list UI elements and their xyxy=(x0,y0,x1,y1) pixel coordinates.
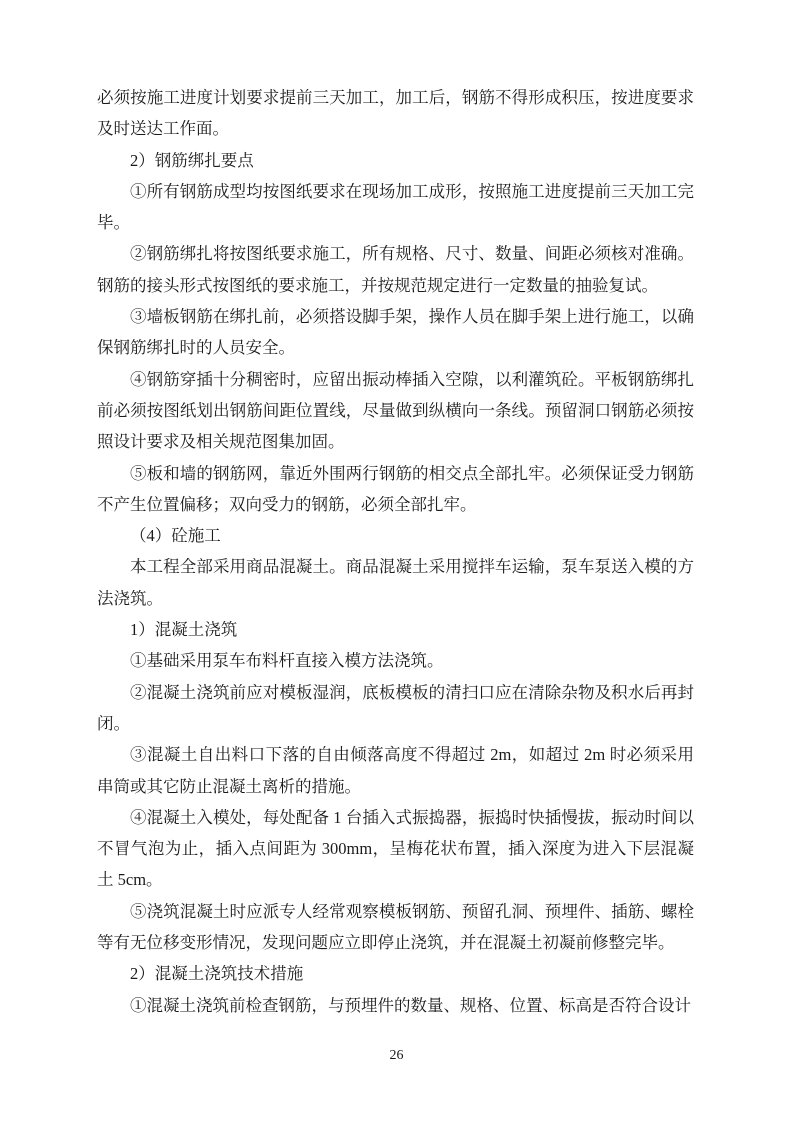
paragraph: ⑤浇筑混凝土时应派专人经常观察模板钢筋、预留孔洞、预埋件、插筋、螺栓等有无位移变… xyxy=(97,896,694,959)
paragraph: ②钢筋绑扎将按图纸要求施工，所有规格、尺寸、数量、间距必须核对准确。钢筋的接头形… xyxy=(97,238,694,301)
paragraph: 2）钢筋绑扎要点 xyxy=(97,145,694,176)
document-page: 必须按施工进度计划要求提前三天加工，加工后，钢筋不得形成积压，按进度要求及时送达… xyxy=(0,0,793,1122)
paragraph: ③混凝土自出料口下落的自由倾落高度不得超过 2m，如超过 2m 时必须采用串筒或… xyxy=(97,739,694,802)
page-number: 26 xyxy=(0,1048,793,1064)
paragraph: 本工程全部采用商品混凝土。商品混凝土采用搅拌车运输，泵车泵送入模的方法浇筑。 xyxy=(97,551,694,614)
paragraph: 2）混凝土浇筑技术措施 xyxy=(97,958,694,989)
paragraph: 1）混凝土浇筑 xyxy=(97,614,694,645)
paragraph: ③墙板钢筋在绑扎前，必须搭设脚手架，操作人员在脚手架上进行施工，以确保钢筋绑扎时… xyxy=(97,301,694,364)
paragraph: ①混凝土浇筑前检查钢筋，与预埋件的数量、规格、位置、标高是否符合设计 xyxy=(97,990,694,1021)
paragraph: ④钢筋穿插十分稠密时，应留出振动棒插入空隙，以利灌筑砼。平板钢筋绑扎前必须按图纸… xyxy=(97,364,694,458)
paragraph: ①基础采用泵车布料杆直接入模方法浇筑。 xyxy=(97,645,694,676)
paragraph: ①所有钢筋成型均按图纸要求在现场加工成形，按照施工进度提前三天加工完毕。 xyxy=(97,176,694,239)
paragraph: ⑤板和墙的钢筋网，靠近外围两行钢筋的相交点全部扎牢。必须保证受力钢筋不产生位置偏… xyxy=(97,458,694,521)
paragraph: 必须按施工进度计划要求提前三天加工，加工后，钢筋不得形成积压，按进度要求及时送达… xyxy=(97,82,694,145)
document-body: 必须按施工进度计划要求提前三天加工，加工后，钢筋不得形成积压，按进度要求及时送达… xyxy=(97,82,694,1021)
paragraph: ④混凝土入模处，每处配备 1 台插入式振捣器，振捣时快插慢拔，振动时间以不冒气泡… xyxy=(97,802,694,896)
paragraph: （4）砼施工 xyxy=(97,520,694,551)
paragraph: ②混凝土浇筑前应对模板湿润，底板模板的清扫口应在清除杂物及积水后再封闭。 xyxy=(97,677,694,740)
